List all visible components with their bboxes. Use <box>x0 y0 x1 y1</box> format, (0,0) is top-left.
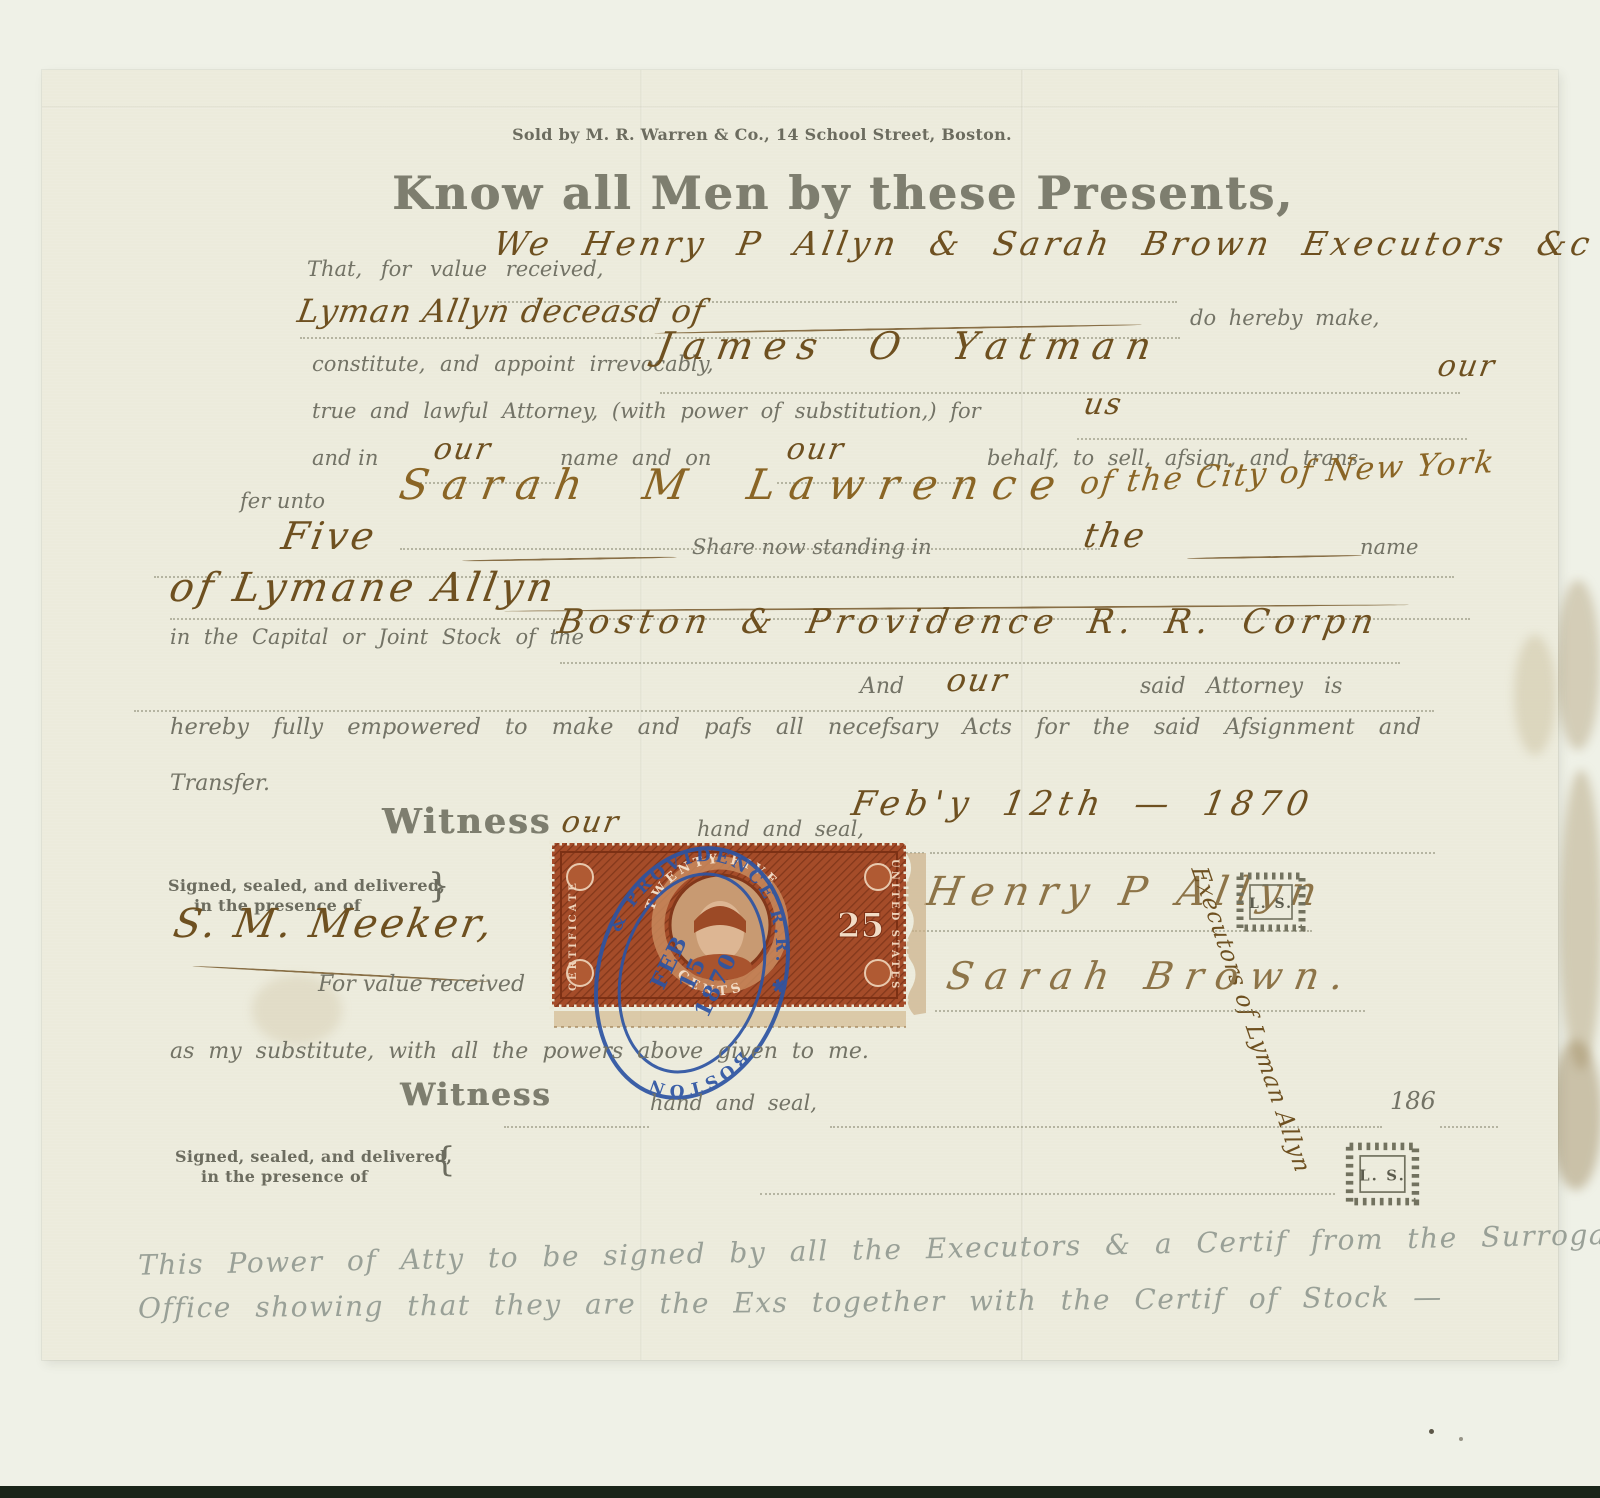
pencil-note-line2: Office showing that they are the Exs tog… <box>138 1282 1443 1324</box>
signature-sarah-brown: Sarah Brown. <box>943 956 1358 998</box>
revenue-stamp-group: CERTIFICATE UNITED STATES TWENTY FIVE CE… <box>540 835 940 1125</box>
printed-text: and in <box>312 447 378 470</box>
handwritten-entry-attorney: James O Yatman <box>653 326 1165 368</box>
handwritten-entry-parties: We Henry P Allyn & Sarah Brown Executors… <box>491 226 1597 262</box>
printed-text: hereby fully empowered to make and pafs … <box>170 715 1421 740</box>
printed-text: And <box>860 675 904 699</box>
handwritten-entry: our <box>944 663 1011 698</box>
stamp-denomination: 25 <box>837 906 884 946</box>
dotted-rule <box>935 1010 1365 1012</box>
attestation-brace: { <box>434 1142 456 1179</box>
stamp-left-text: CERTIFICATE <box>568 880 579 991</box>
dotted-rule <box>760 1193 1335 1195</box>
handwritten-entry-name-of: of Lymane Allyn <box>166 566 561 610</box>
dotted-rule <box>1440 1126 1498 1128</box>
printed-text: For value received <box>318 973 525 997</box>
stamp-selvage-bottom <box>554 1011 906 1027</box>
seller-imprint: Sold by M. R. Warren & Co., 14 School St… <box>472 126 1052 144</box>
printed-text: name <box>1360 536 1418 559</box>
attestation-text: Signed, sealed, and delivered, <box>168 877 445 895</box>
stamp-right-text: UNITED STATES <box>889 859 900 991</box>
dotted-rule <box>930 852 1435 854</box>
dust-speck <box>1459 1437 1463 1441</box>
ink-flourish <box>1187 554 1362 559</box>
dotted-rule <box>660 392 1460 394</box>
printed-text: as my substitute, with all the powers ab… <box>170 1040 869 1064</box>
seal-label: L. S. <box>1359 1166 1406 1184</box>
attestation-brace: } <box>428 868 450 905</box>
handwritten-entry: us <box>1081 388 1126 421</box>
seal-ls-2: L. S. <box>1335 1140 1430 1208</box>
printed-text: Share now standing in <box>692 536 932 559</box>
scan-stain <box>1560 770 1600 1070</box>
ink-flourish <box>462 556 677 562</box>
attestation-text: Signed, sealed, and delivered, <box>175 1148 452 1166</box>
handwritten-entry-decedent: Lyman Allyn deceasd of <box>295 294 708 329</box>
handwritten-entry-transferee: Sarah M Lawrence <box>396 462 1073 508</box>
printed-text: hand and seal, <box>650 1092 817 1115</box>
stamp-rosette <box>865 864 891 890</box>
handwritten-entry: our <box>1435 350 1499 383</box>
handwritten-date: Feb'y 12th — 1870 <box>849 786 1318 823</box>
foxing-stain <box>1514 635 1556 755</box>
witness-label: Witness <box>382 803 551 842</box>
printed-text: fer unto <box>240 490 325 513</box>
seal-ls-1: L. S. <box>1234 870 1308 934</box>
printed-text: in the Capital or Joint Stock of the <box>170 626 584 649</box>
dotted-rule <box>134 710 1434 712</box>
scan-stain <box>1556 580 1600 750</box>
handwritten-entry-company: Boston & Providence R. R. Corpn <box>555 604 1383 641</box>
printed-text: do hereby make, <box>1190 307 1379 330</box>
dotted-rule <box>830 1126 1382 1128</box>
dotted-rule <box>504 1126 649 1128</box>
document-page: Sold by M. R. Warren & Co., 14 School St… <box>42 70 1558 1360</box>
dotted-rule <box>1077 438 1467 440</box>
handwritten-entry: the <box>1081 518 1149 555</box>
scan-bed-strip <box>0 1486 1600 1498</box>
witness-signature-meeker: S. M. Meeker, <box>170 902 498 946</box>
witness-label-2: Witness <box>400 1078 552 1112</box>
stamp-rosette <box>865 960 891 986</box>
printed-year: 186 <box>1390 1088 1436 1114</box>
scanned-document-scene: Sold by M. R. Warren & Co., 14 School St… <box>0 0 1600 1498</box>
printed-text: Transfer. <box>170 772 270 796</box>
seal-label: L. S. <box>1249 896 1293 912</box>
dust-speck <box>1429 1429 1434 1434</box>
printed-text: true and lawful Attorney, (with power of… <box>312 400 981 423</box>
attestation-text: in the presence of <box>201 1168 368 1186</box>
pencil-note-line1: This Power of Atty to be signed by all t… <box>138 1219 1600 1281</box>
document-title: Know all Men by these Presents, <box>392 168 1272 219</box>
fold-crease-horizontal <box>42 106 1558 109</box>
printed-text: said Attorney is <box>1140 675 1342 699</box>
handwritten-entry-shares: Five <box>278 516 380 558</box>
